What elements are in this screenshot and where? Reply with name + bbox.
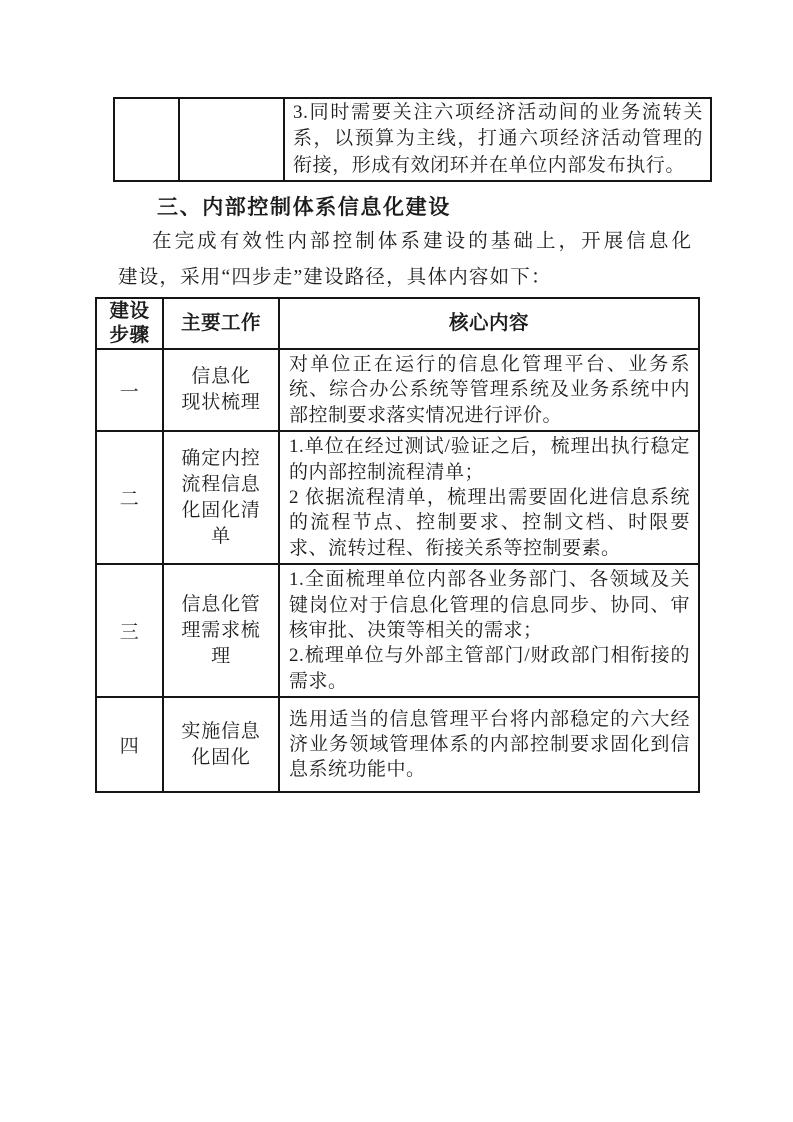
step-cell: 一 [96,349,163,431]
work-cell: 实施信息 化固化 [163,697,279,792]
content-cell: 对单位正在运行的信息化管理平台、业务系统、综合办公系统等管理系统及业务系统中内部… [279,349,699,431]
work-line: 信息化 [168,364,274,390]
table-row: 四 实施信息 化固化 选用适当的信息管理平台将内部稳定的六大经济业务领域管理体系… [96,697,699,792]
table-row: 三 信息化管 理需求梳 理 1.全面梳理单位内部各业务部门、各领域及关键岗位对于… [96,564,699,697]
carryover-empty-cell-2 [179,98,284,181]
content-item: 1.单位在经过测试/验证之后，梳理出执行稳定的内部控制流程清单； [289,434,690,485]
header-content: 核心内容 [279,298,699,349]
header-step-line1: 建设 [97,300,162,324]
step-cell: 三 [96,564,163,697]
content-item: 1.全面梳理单位内部各业务部门、各领域及关键岗位对于信息化管理的信息同步、协同、… [289,567,690,643]
step-cell: 二 [96,431,163,564]
work-line: 实施信息 [168,719,274,745]
work-line: 现状梳理 [168,390,274,416]
carryover-content-cell: 3.同时需要关注六项经济活动间的业务流转关系，以预算为主线，打通六项经济活动管理… [284,98,711,181]
intro-line-2: 建设，采用“四步走”建设路径，具体内容如下： [118,260,691,296]
work-line: 理 [168,644,274,670]
document-page: 3.同时需要关注六项经济活动间的业务流转关系，以预算为主线，打通六项经济活动管理… [0,0,793,1122]
header-step: 建设 步骤 [96,298,163,349]
carryover-empty-cell-1 [114,98,179,181]
work-line: 信息化管 [168,592,274,618]
header-step-line2: 步骤 [97,324,162,348]
content-item: 2 依据流程清单，梳理出需要固化进信息系统的流程节点、控制要求、控制文档、时限要… [289,485,690,561]
work-line: 化固化 [168,745,274,771]
intro-line-1: 在完成有效性内部控制体系建设的基础上，开展信息化 [118,224,691,260]
work-line: 确定内控 [168,446,274,472]
work-cell: 确定内控 流程信息 化固化清 单 [163,431,279,564]
content-item: 2.梳理单位与外部主管部门/财政部门相衔接的需求。 [289,643,690,694]
step-cell: 四 [96,697,163,792]
work-line: 理需求梳 [168,618,274,644]
table-row: 一 信息化 现状梳理 对单位正在运行的信息化管理平台、业务系统、综合办公系统等管… [96,349,699,431]
section-heading: 三、内部控制体系信息化建设 [157,191,451,221]
content-cell: 1.全面梳理单位内部各业务部门、各领域及关键岗位对于信息化管理的信息同步、协同、… [279,564,699,697]
work-line: 化固化清 [168,498,274,524]
header-work: 主要工作 [163,298,279,349]
carryover-row: 3.同时需要关注六项经济活动间的业务流转关系，以预算为主线，打通六项经济活动管理… [114,98,711,181]
content-cell: 选用适当的信息管理平台将内部稳定的六大经济业务领域管理体系的内部控制要求固化到信… [279,697,699,792]
table-header-row: 建设 步骤 主要工作 核心内容 [96,298,699,349]
content-item: 选用适当的信息管理平台将内部稳定的六大经济业务领域管理体系的内部控制要求固化到信… [289,707,690,783]
work-line: 流程信息 [168,472,274,498]
content-item: 对单位正在运行的信息化管理平台、业务系统、综合办公系统等管理系统及业务系统中内部… [289,352,690,428]
work-cell: 信息化管 理需求梳 理 [163,564,279,697]
intro-paragraph: 在完成有效性内部控制体系建设的基础上，开展信息化 建设，采用“四步走”建设路径，… [118,224,691,295]
work-cell: 信息化 现状梳理 [163,349,279,431]
content-cell: 1.单位在经过测试/验证之后，梳理出执行稳定的内部控制流程清单； 2 依据流程清… [279,431,699,564]
build-steps-table: 建设 步骤 主要工作 核心内容 一 信息化 现状梳理 对单位正在运行的信息化管理… [95,297,700,793]
work-line: 单 [168,524,274,550]
carryover-table: 3.同时需要关注六项经济活动间的业务流转关系，以预算为主线，打通六项经济活动管理… [113,97,712,182]
table-row: 二 确定内控 流程信息 化固化清 单 1.单位在经过测试/验证之后，梳理出执行稳… [96,431,699,564]
